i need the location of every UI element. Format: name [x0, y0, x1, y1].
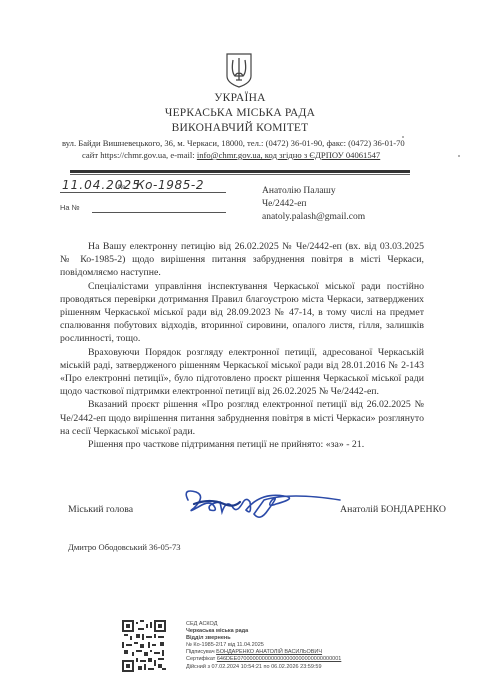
council-title: ЧЕРКАСЬКА МІСЬКА РАДА	[0, 107, 480, 119]
qr-code-icon	[122, 620, 166, 672]
stamp-signer: БОНДАРЕНКО АНАТОЛІЙ ВАСИЛЬОВИЧ	[216, 649, 322, 655]
reply-to-label: На №	[60, 203, 80, 212]
stamp-dept: Відділ звернень	[186, 635, 341, 642]
number-label: №	[118, 184, 126, 191]
address-line: вул. Байди Вишневецького, 36, м. Черкаси…	[62, 138, 405, 148]
stamp-org: Черкаська міська рада	[186, 628, 341, 635]
handwritten-signature-icon	[180, 486, 350, 526]
paragraph: Рішення про часткове підтримання петиції…	[60, 438, 424, 451]
scan-speck	[458, 155, 460, 157]
reply-to-line	[92, 212, 226, 213]
registration-number: Ко-1985-2	[136, 178, 204, 192]
stamp-cert-row: Сертифікат 646DEE07000000000000000000000…	[186, 656, 341, 663]
recipient-email: anatoly.palash@gmail.com	[262, 211, 365, 224]
signer-label: Підписувач	[186, 649, 216, 655]
paragraph: Враховуючи Порядок розгляду електронної …	[60, 346, 424, 399]
email-and-code: info@chmr.gov.ua, код згідно з ЄДРПОУ 04…	[197, 150, 380, 160]
signer-role: Міський голова	[68, 504, 133, 515]
recipient-name: Анатолію Палашу	[262, 185, 365, 198]
registration-date: 11.04.2025	[62, 178, 141, 192]
cert-label: Сертифікат	[186, 656, 217, 662]
signer-name: Анатолій БОНДАРЕНКО	[340, 504, 446, 515]
stamp-cert: 646DEE0700000000000000000000000000000001	[217, 656, 342, 662]
contacts-line: сайт https://chmr.gov.ua, e-mail: info@c…	[82, 150, 380, 160]
electronic-signature-stamp: СЕД АСКОД Черкаська міська рада Відділ з…	[186, 621, 341, 671]
recipient-block: Анатолію Палашу Че/2442-еп anatoly.palas…	[262, 185, 365, 224]
stamp-validity: Дійсний з 07.02.2024 10:54:21 по 06.02.2…	[186, 664, 341, 671]
site-prefix: сайт https://chmr.gov.ua, e-mail:	[82, 150, 197, 160]
letter-body: На Вашу електронну петицію від 26.02.202…	[60, 240, 424, 451]
committee-title: ВИКОНАВЧИЙ КОМІТЕТ	[0, 122, 480, 134]
stamp-system: СЕД АСКОД	[186, 621, 341, 628]
trident-coat-of-arms-icon	[225, 52, 253, 88]
stamp-signer-row: Підписувач БОНДАРЕНКО АНАТОЛІЙ ВАСИЛЬОВИ…	[186, 649, 341, 656]
letter-page: УКРАЇНА ЧЕРКАСЬКА МІСЬКА РАДА ВИКОНАВЧИЙ…	[0, 0, 480, 678]
paragraph: На Вашу електронну петицію від 26.02.202…	[60, 240, 424, 280]
paragraph: Спеціалістами управління інспектування Ч…	[60, 280, 424, 346]
header-divider-thin	[70, 174, 410, 175]
paragraph: Вказаний проєкт рішення «Про розгляд еле…	[60, 398, 424, 438]
recipient-petition: Че/2442-еп	[262, 198, 365, 211]
header-divider	[70, 170, 410, 173]
scan-speck	[402, 136, 404, 138]
country-title: УКРАЇНА	[0, 92, 480, 104]
executor-line: Дмитро Ободовський 36-05-73	[68, 542, 181, 552]
